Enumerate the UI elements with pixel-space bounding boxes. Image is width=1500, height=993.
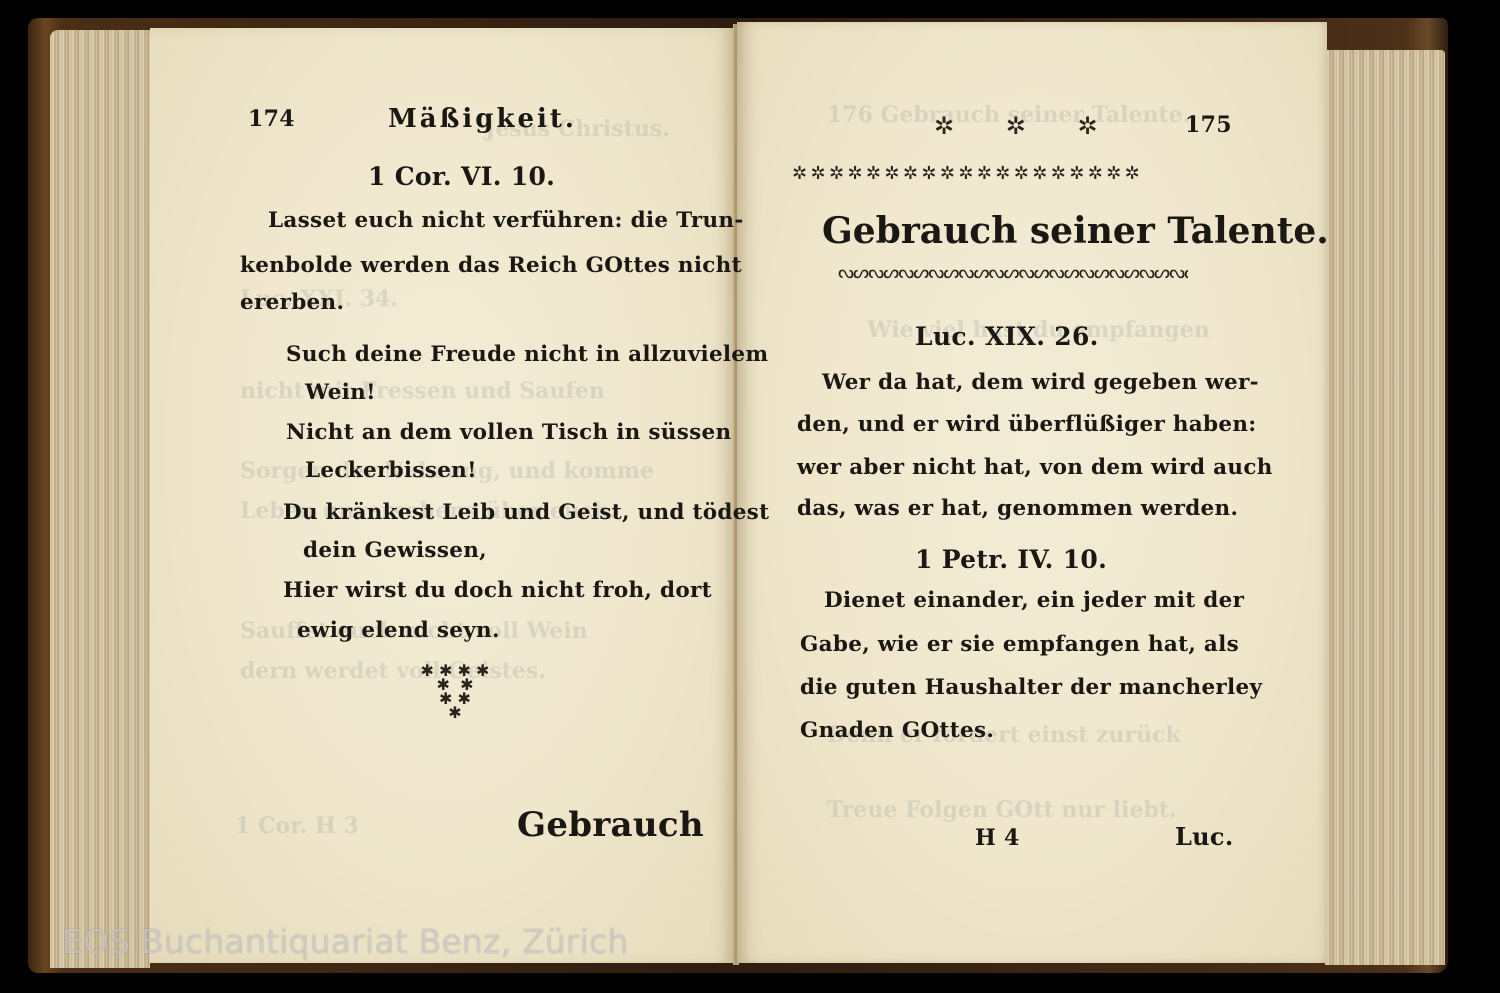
show-through-text: nicht mit Fressen und Saufen [240, 378, 605, 404]
page-number-right: 175 [1185, 112, 1232, 138]
poem-line: Du kränkest Leib und Geist, und tödest [283, 500, 769, 525]
verse-line: Gabe, wie er sie empfangen hat, als [800, 632, 1239, 657]
verse-line: wer aber nicht hat, von dem wird auch [797, 455, 1273, 480]
scroll-rule-icon: ᔓᔕᔓᔕᔓᔕᔓᔕᔓᔕᔓᔕᔓᔕᔓᔕᔓᔕᔓᔕᔓᔕᔓᔕᔓᔕᔓᔕ [838, 262, 1188, 283]
verse-line: Dienet einander, ein jeder mit der [824, 588, 1244, 613]
verse-line: Lasset euch nicht verführen: die Trun- [268, 208, 744, 233]
poem-line: Hier wirst du doch nicht froh, dort [283, 578, 712, 603]
poem-line: dein Gewissen, [303, 538, 487, 563]
page-number-left: 174 [248, 106, 295, 132]
catchword-right: Luc. [1175, 822, 1234, 851]
poem-line: Such deine Freude nicht in allzuvielem [286, 342, 768, 367]
show-through-text: Treue Folgen GOtt nur liebt. [827, 797, 1177, 823]
scripture-reference: 1 Petr. IV. 10. [915, 545, 1107, 574]
show-through-text: dern werdet voll Geistes. [240, 658, 546, 684]
verse-line: Wer da hat, dem wird gegeben wer- [822, 370, 1259, 395]
verse-line: Gnaden GOttes. [800, 718, 994, 743]
poem-line: ewig elend seyn. [297, 618, 500, 643]
poem-line: Nicht an dem vollen Tisch in süssen [286, 420, 731, 445]
running-head: Mäßigkeit. [388, 104, 577, 134]
verse-line: den, und er wird überflüßiger haben: [797, 412, 1257, 437]
catchword-left: Gebrauch [517, 805, 704, 845]
poem-line: Leckerbissen! [305, 458, 477, 483]
verse-line: kenbolde werden das Reich GOttes nicht [240, 253, 742, 278]
watermark: EOS Buchantiquariat Benz, Zürich [62, 922, 628, 961]
scripture-reference: 1 Cor. VI. 10. [368, 162, 555, 191]
verse-line: das, was er hat, genommen werden. [797, 496, 1238, 521]
scripture-reference: Luc. XIX. 26. [915, 322, 1099, 351]
left-page-edges [50, 30, 150, 968]
ornament-band-icon: ✲✲✲✲✲✲✲✲✲✲✲✲✲✲✲✲✲✲✲ [792, 163, 1143, 184]
stars-tailpiece-icon: ✱ ✱ ✱ ✱✱ ✱✱ ✱✱ [415, 664, 495, 720]
head-ornament-icon: ✲ ✲ ✲ [934, 112, 1120, 140]
verse-line: die guten Haushalter der mancherley [800, 675, 1262, 700]
section-title: Gebrauch seiner Talente. [822, 210, 1329, 252]
poem-line: Wein! [305, 380, 376, 405]
show-through-text: 1 Cor. H 3 [235, 813, 359, 839]
right-page-edges [1325, 50, 1445, 965]
signature-mark: H 4 [975, 825, 1020, 851]
verse-line: ererben. [240, 290, 344, 315]
